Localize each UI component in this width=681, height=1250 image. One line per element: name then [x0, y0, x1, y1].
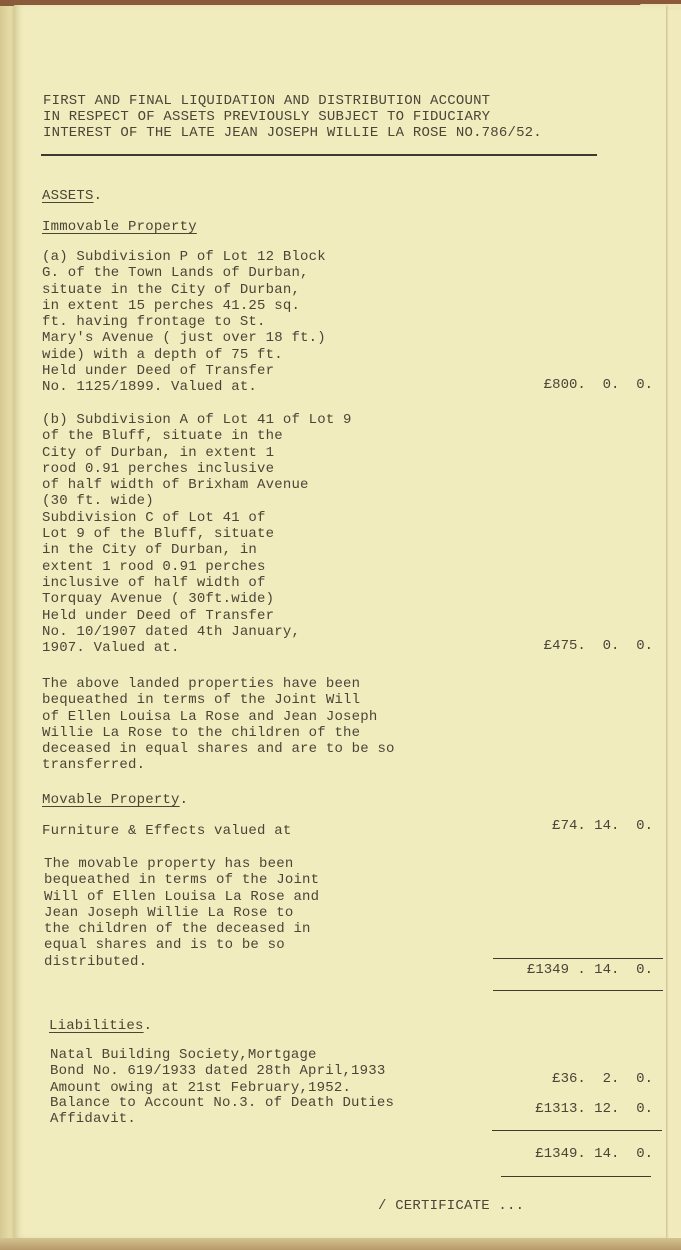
liabilities-total: £1349. 14. 0. [535, 1146, 653, 1162]
movable-item-amount: £74. 14. 0. [552, 818, 653, 834]
movable-property-heading: Movable Property. [42, 792, 188, 808]
liabilities-total-bottom-rule [501, 1176, 651, 1177]
item-a-amount: £800. 0. 0. [544, 377, 653, 393]
movable-item-description: Furniture & Effects valued at [42, 823, 291, 839]
immovable-note: The above landed properties have been be… [42, 676, 395, 774]
bottom-edge [0, 1238, 681, 1250]
liability-1-description: Natal Building Society,Mortgage Bond No.… [50, 1047, 385, 1096]
liabilities-heading: Liabilities. [49, 1018, 152, 1034]
assets-heading: ASSETS. [42, 188, 102, 204]
assets-total-bottom-rule [493, 990, 663, 991]
immovable-property-heading: Immovable Property [42, 219, 197, 235]
assets-total: £1349 . 14. 0. [527, 962, 653, 978]
document-title-line-3: INTEREST OF THE LATE JEAN JOSEPH WILLIE … [43, 125, 542, 141]
document-title-line-2: IN RESPECT OF ASSETS PREVIOUSLY SUBJECT … [43, 109, 490, 125]
title-rule [41, 154, 597, 156]
liability-2-description: Balance to Account No.3. of Death Duties… [50, 1095, 394, 1128]
item-b-description: (b) Subdivision A of Lot 41 of Lot 9 of … [42, 412, 352, 656]
liability-2-amount: £1313. 12. 0. [535, 1101, 653, 1117]
continuation-note: / CERTIFICATE ... [378, 1198, 524, 1214]
liability-1-amount: £36. 2. 0. [552, 1071, 653, 1087]
item-b-amount: £475. 0. 0. [544, 638, 653, 654]
item-a-description: (a) Subdivision P of Lot 12 Block G. of … [42, 249, 326, 396]
movable-note: The movable property has been bequeathed… [44, 856, 319, 970]
document-title-line-1: FIRST AND FINAL LIQUIDATION AND DISTRIBU… [43, 93, 490, 109]
assets-total-top-rule [493, 958, 663, 959]
liabilities-total-top-rule [492, 1130, 662, 1131]
